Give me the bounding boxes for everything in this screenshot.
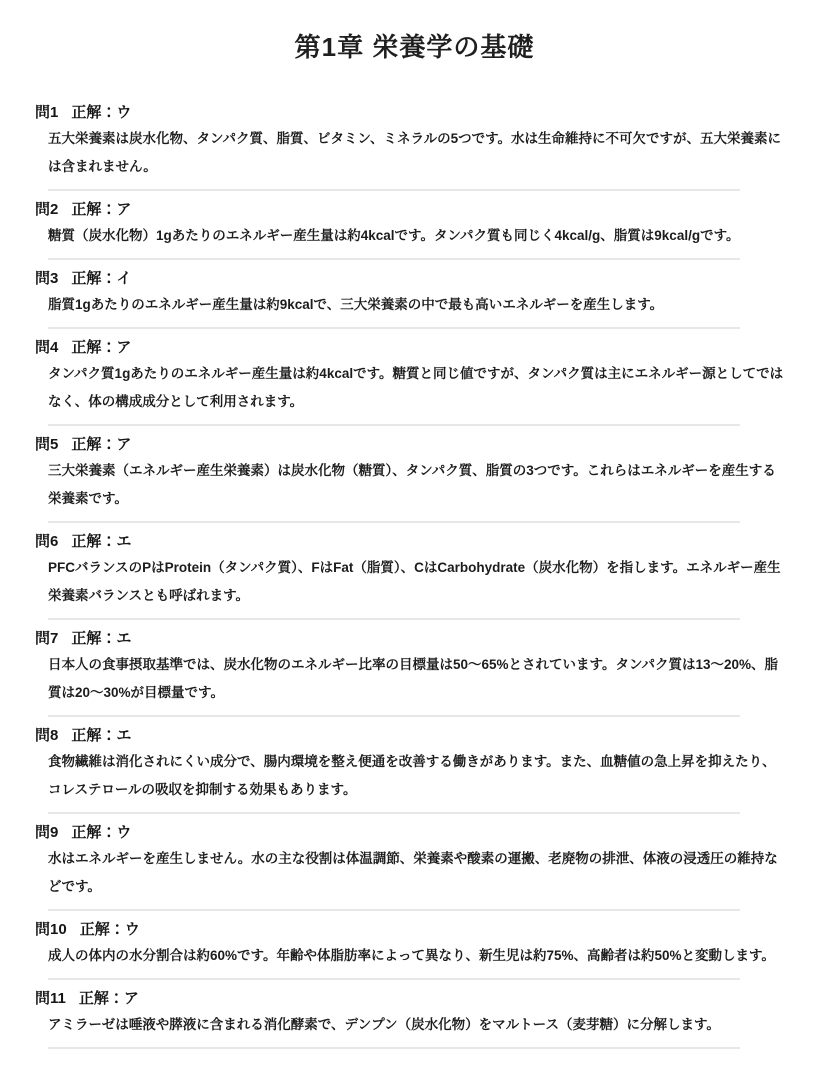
explanation-text: アミラーゼは唾液や膵液に含まれる消化酵素で、デンプン（炭水化物）をマルトース（麦… [48,1011,784,1039]
correct-answer-label: 正解：ア [71,201,131,219]
explanation-text: 脂質1gあたりのエネルギー産生量は約9kcalで、三大栄養素の中で最も高いエネル… [48,291,784,319]
question-number: 問6 [35,533,58,551]
correct-answer-label: 正解：ウ [80,921,140,939]
correct-answer-label: 正解：ウ [71,824,131,842]
correct-answer-label: 正解：ウ [71,104,131,122]
correct-answer-label: 正解：エ [71,630,131,648]
answer-key-list: 問1正解：ウ 五大栄養素は炭水化物、タンパク質、脂質、ビタミン、ミネラルの5つで… [0,94,829,1049]
question-number: 問3 [35,270,58,288]
question-block: 問10正解：ウ 成人の体内の水分割合は約60%です。年齢や体脂肪率によって異なり… [0,911,829,980]
question-header: 問2正解：ア [35,201,789,219]
correct-answer-label: 正解：ア [71,436,131,454]
question-header: 問1正解：ウ [35,104,789,122]
explanation-text: 糖質（炭水化物）1gあたりのエネルギー産生量は約4kcalです。タンパク質も同じ… [48,222,784,250]
question-header: 問5正解：ア [35,436,789,454]
question-block: 問11正解：ア アミラーゼは唾液や膵液に含まれる消化酵素で、デンプン（炭水化物）… [0,980,829,1049]
question-header: 問11正解：ア [35,990,789,1008]
section-divider [48,1047,740,1049]
question-header: 問4正解：ア [35,339,789,357]
question-block: 問1正解：ウ 五大栄養素は炭水化物、タンパク質、脂質、ビタミン、ミネラルの5つで… [0,94,829,191]
question-block: 問7正解：エ 日本人の食事摂取基準では、炭水化物のエネルギー比率の目標量は50～… [0,620,829,717]
question-block: 問3正解：イ 脂質1gあたりのエネルギー産生量は約9kcalで、三大栄養素の中で… [0,260,829,329]
document-page: 第1章 栄養学の基礎 問1正解：ウ 五大栄養素は炭水化物、タンパク質、脂質、ビタ… [0,0,829,1080]
explanation-text: 日本人の食事摂取基準では、炭水化物のエネルギー比率の目標量は50～65%とされて… [48,651,784,707]
explanation-text: PFCバランスのPはProtein（タンパク質）、FはFat（脂質）、CはCar… [48,554,784,610]
question-number: 問10 [35,921,67,939]
correct-answer-label: 正解：エ [71,533,131,551]
explanation-text: 成人の体内の水分割合は約60%です。年齢や体脂肪率によって異なり、新生児は約75… [48,942,784,970]
question-block: 問5正解：ア 三大栄養素（エネルギー産生栄養素）は炭水化物（糖質）、タンパク質、… [0,426,829,523]
question-header: 問8正解：エ [35,727,789,745]
question-block: 問9正解：ウ 水はエネルギーを産生しません。水の主な役割は体温調節、栄養素や酸素… [0,814,829,911]
correct-answer-label: 正解：ア [71,339,131,357]
question-block: 問8正解：エ 食物繊維は消化されにくい成分で、腸内環境を整え便通を改善する働きが… [0,717,829,814]
question-block: 問4正解：ア タンパク質1gあたりのエネルギー産生量は約4kcalです。糖質と同… [0,329,829,426]
correct-answer-label: 正解：イ [71,270,131,288]
explanation-text: 水はエネルギーを産生しません。水の主な役割は体温調節、栄養素や酸素の運搬、老廃物… [48,845,784,901]
question-number: 問1 [35,104,58,122]
explanation-text: 食物繊維は消化されにくい成分で、腸内環境を整え便通を改善する働きがあります。また… [48,748,784,804]
question-header: 問6正解：エ [35,533,789,551]
question-header: 問7正解：エ [35,630,789,648]
question-header: 問3正解：イ [35,270,789,288]
question-number: 問8 [35,727,58,745]
question-number: 問2 [35,201,58,219]
correct-answer-label: 正解：ア [79,990,139,1008]
question-number: 問5 [35,436,58,454]
question-number: 問9 [35,824,58,842]
question-header: 問10正解：ウ [35,921,789,939]
question-header: 問9正解：ウ [35,824,789,842]
question-number: 問4 [35,339,58,357]
page-title: 第1章 栄養学の基礎 [0,32,829,62]
explanation-text: 五大栄養素は炭水化物、タンパク質、脂質、ビタミン、ミネラルの5つです。水は生命維… [48,125,784,181]
question-number: 問7 [35,630,58,648]
correct-answer-label: 正解：エ [71,727,131,745]
question-block: 問6正解：エ PFCバランスのPはProtein（タンパク質）、FはFat（脂質… [0,523,829,620]
question-number: 問11 [35,990,66,1008]
explanation-text: タンパク質1gあたりのエネルギー産生量は約4kcalです。糖質と同じ値ですが、タ… [48,360,784,416]
explanation-text: 三大栄養素（エネルギー産生栄養素）は炭水化物（糖質）、タンパク質、脂質の3つです… [48,457,784,513]
question-block: 問2正解：ア 糖質（炭水化物）1gあたりのエネルギー産生量は約4kcalです。タ… [0,191,829,260]
